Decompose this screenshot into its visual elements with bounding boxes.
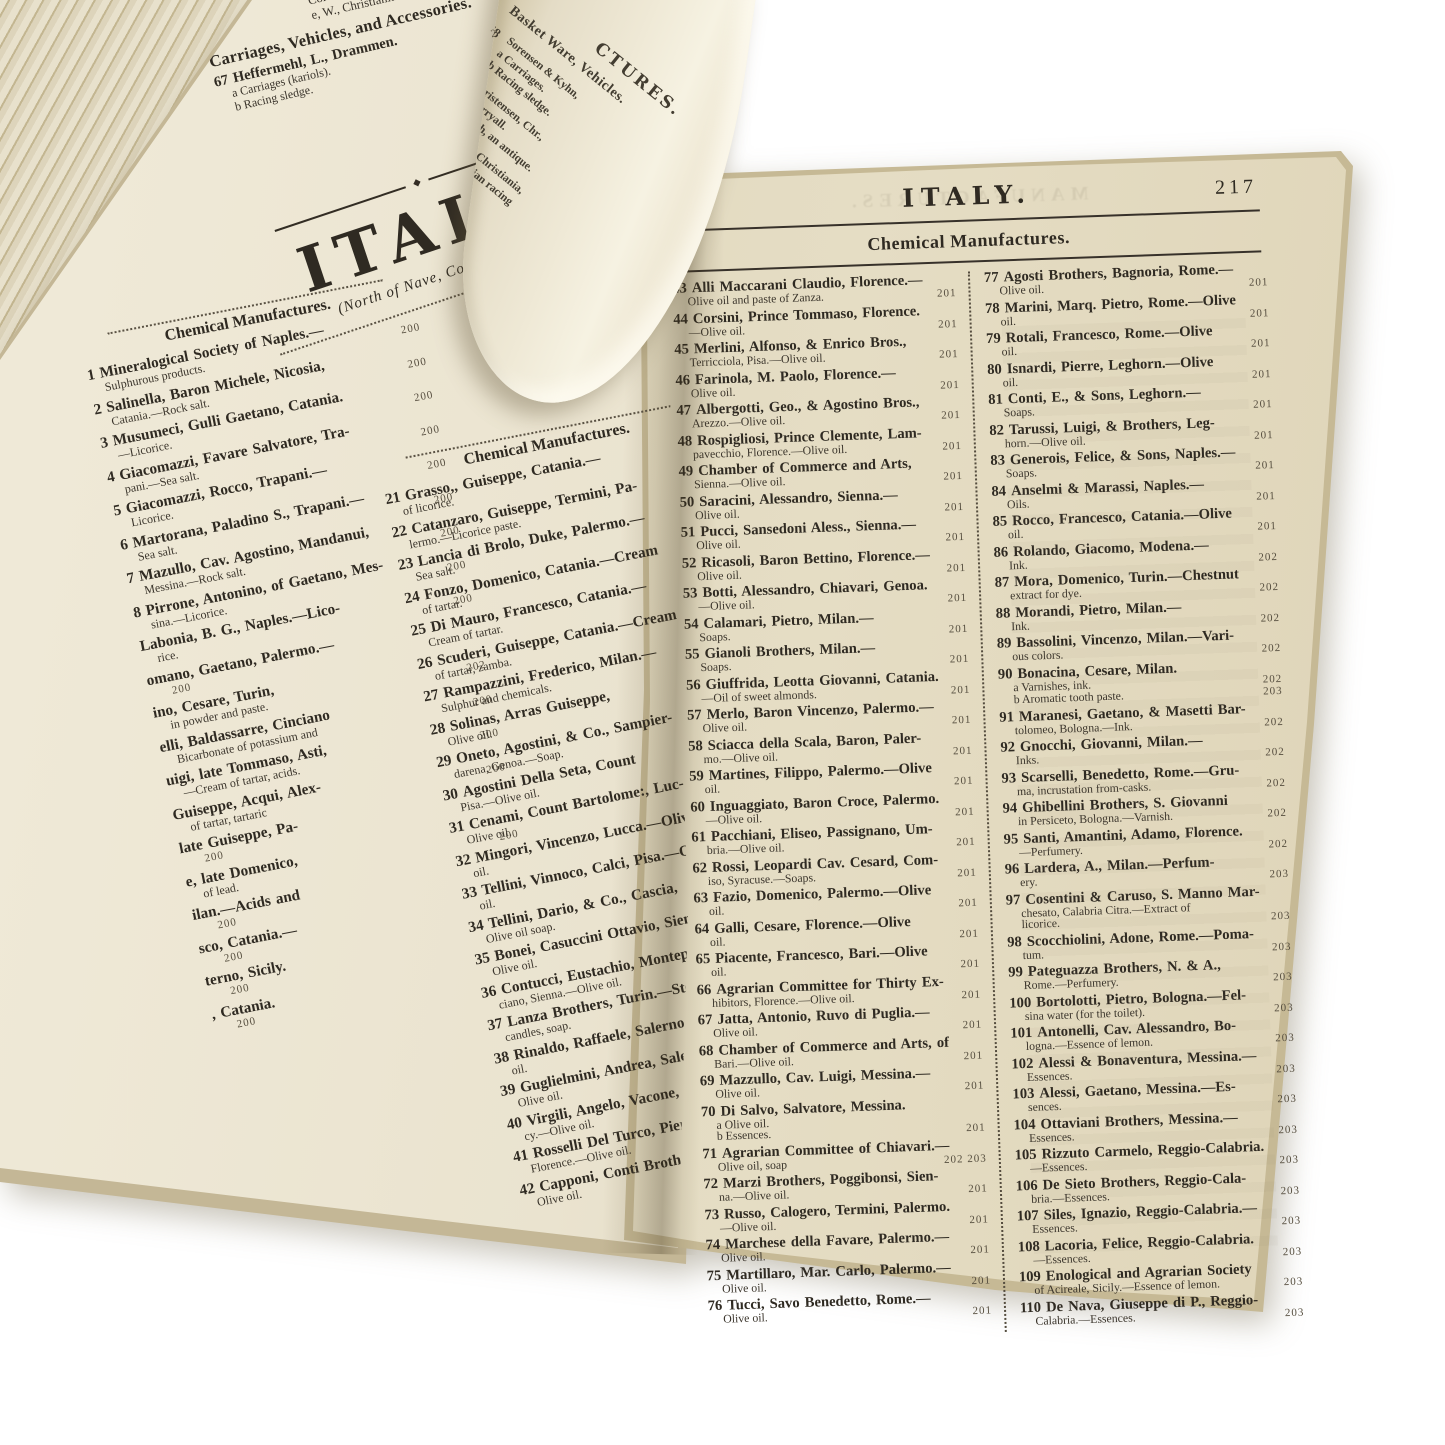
entry-number: 73 (704, 1206, 719, 1222)
entry-number: 41 (512, 1146, 530, 1166)
entry-number: 70 (701, 1103, 716, 1119)
entry-number: 5 (112, 501, 123, 519)
entry-number: 93 (1001, 770, 1016, 786)
entry-number: 21 (384, 489, 402, 509)
entry-page-ref: 202 (1261, 643, 1281, 655)
entry-number: 62 (692, 860, 707, 876)
entry-number: 99 (1008, 964, 1023, 980)
entry-page-ref: 201 (968, 1183, 988, 1195)
entry-page-ref: 200 (223, 949, 245, 965)
entry-number: 27 (422, 686, 440, 706)
entry-number: 56 (686, 677, 701, 693)
entry-page-ref: 200 (406, 355, 428, 371)
entry-number: 53 (683, 585, 698, 601)
entry-number: 65 (695, 951, 710, 967)
entry-page-ref: 201 (948, 593, 968, 605)
entry-page-ref: 201 (940, 379, 960, 391)
entry-number: 36 (480, 982, 498, 1002)
entry-number: 49 (678, 463, 693, 479)
entry-page-ref: 201 (951, 684, 971, 696)
entry-number: 92 (1000, 739, 1015, 755)
entry-page-ref: 201 (1254, 430, 1274, 442)
entry-page-ref: 200 (229, 982, 251, 998)
entry-page-ref: 201 (1250, 308, 1270, 320)
entry-page-ref: 201 (1257, 521, 1277, 533)
entry-page-ref: 201 (1253, 399, 1273, 411)
entry-number: 96 (1004, 861, 1019, 877)
entry-detail: horn.—Olive oil. (1005, 435, 1086, 449)
entry-page-ref: 201 (945, 532, 965, 544)
entry-number: 90 (998, 666, 1013, 682)
entry-number: 29 (435, 752, 453, 772)
entry-number: 22 (390, 521, 408, 541)
entry-detail: Ink. (1009, 559, 1028, 571)
entry-number: 69 (700, 1073, 715, 1089)
entry-number: 64 (694, 921, 709, 937)
entry-page-ref: 203 (1279, 1155, 1299, 1167)
entry-page-ref: 201 (938, 318, 958, 330)
entry-detail: oil. (705, 784, 721, 796)
entry-page-ref: 201 (942, 440, 962, 452)
entry-page-ref: 201 (954, 776, 974, 788)
entry-page-ref: 203 (1263, 686, 1283, 698)
entry-page-ref: 203 (1272, 941, 1292, 953)
entry-page-ref: 202 (1259, 582, 1279, 594)
entry-detail: oil. (1001, 346, 1017, 358)
entry-page-ref: 202 (1264, 716, 1284, 728)
entry-detail: Olive oil and paste of Zanza. (687, 292, 824, 308)
entry-detail: oil. (1000, 315, 1016, 327)
entry-page-ref: 202 (1258, 551, 1278, 563)
entry-detail: Olive oil. (721, 1251, 766, 1264)
entry-number: 67 (697, 1012, 712, 1028)
entry-detail: b Essences. (717, 1129, 772, 1142)
entry-page-ref: 201 (961, 989, 981, 1001)
entry-detail: tolomeo, Bologna.—Ink. (1015, 721, 1133, 737)
entry-page-ref: 202 (1268, 838, 1288, 850)
entry-detail: mo.—Olive oil. (703, 751, 778, 765)
entry-page-ref: 201 (969, 1214, 989, 1226)
entry-page-ref: 200 (216, 916, 238, 932)
entry-detail: Soaps. (699, 631, 731, 644)
entry-detail: Soaps. (700, 661, 732, 674)
entry-detail: tum. (1022, 949, 1044, 961)
right-page-column-2: 77Agosti Brothers, Bagnoria, Rome.— Oliv… (970, 261, 1305, 1332)
entry-page-ref: 201 (965, 1081, 985, 1093)
entry-number: 83 (990, 452, 1005, 468)
entry-number: 76 (707, 1298, 722, 1314)
entry-detail: ery. (1020, 877, 1038, 889)
entry-page-ref: 200 (400, 321, 422, 337)
entry-detail: Olive oil. (697, 569, 742, 582)
entry-page-ref: 203 (1278, 1124, 1298, 1136)
entry-number: 23 (397, 554, 415, 574)
entry-detail: —Essences. (1030, 1161, 1088, 1174)
entry-number: 89 (997, 635, 1012, 651)
entry-number: 4 (105, 468, 116, 486)
entry-detail: Olive oil. (722, 1282, 767, 1295)
entry-number: 55 (685, 646, 700, 662)
entry-page-ref: 201 (971, 1275, 991, 1287)
entry-number: 63 (693, 890, 708, 906)
book-photo: ware.Cordage.287e, W., Christiania.—Bask… (0, 0, 1445, 1445)
entry-detail: Arezzo.—Olive oil. (692, 415, 786, 430)
entry-detail: Essences. (1029, 1131, 1075, 1144)
entry-page-ref: 203 (1271, 911, 1291, 923)
entry-page-ref: 201 (963, 1050, 983, 1062)
entry-page-ref: 201 (944, 501, 964, 513)
entry-number: 50 (679, 494, 694, 510)
entry-page-ref: 200 (413, 389, 435, 405)
entry-page-ref: 200 (420, 423, 442, 439)
entry-page-ref: 202 (1265, 747, 1285, 759)
entry-page-ref: 203 (1284, 1277, 1304, 1289)
entry-detail: extract for dye. (1010, 588, 1082, 602)
entry-detail: licorice. (1021, 918, 1060, 931)
entry-page-ref: 201 (966, 1123, 986, 1135)
entry-detail: Calabria.—Essences. (1035, 1312, 1136, 1327)
entry-detail: ma, incrustation from-casks. (1017, 781, 1152, 797)
directory-entry: 110De Nava, Giuseppe di P., Reggio- Cala… (1020, 1291, 1305, 1328)
entry-number: 7 (125, 569, 136, 587)
entry-page-ref: 200 (204, 849, 226, 865)
entry-number: 58 (688, 738, 703, 754)
entry-number: 72 (703, 1176, 718, 1192)
entry-detail: iso, Syracuse.—Soaps. (708, 872, 816, 887)
entry-detail: bria.—Olive oil. (707, 842, 785, 856)
entry-page-ref: 203 (1275, 1033, 1295, 1045)
entry-detail: —Essences. (1033, 1252, 1091, 1265)
entry-page-ref: 201 (939, 349, 959, 361)
entry-page-ref: 201 (956, 837, 976, 849)
entry-detail: Essences. (1027, 1070, 1073, 1083)
entry-number: 26 (416, 653, 434, 673)
page-number: 217 (1215, 175, 1258, 199)
entry-page-ref: 203 (1269, 869, 1289, 881)
entry-page-ref: 201 (952, 715, 972, 727)
entry-detail: oil. (478, 897, 496, 912)
entry-number: 35 (473, 949, 491, 969)
entry-detail: Ink. (1011, 620, 1030, 632)
entry-page-ref: 201 (1256, 490, 1276, 502)
entry-page-ref: 201 (970, 1244, 990, 1256)
entry-number: 44 (673, 311, 688, 327)
entry-number: 82 (989, 422, 1004, 438)
entry-page-ref: 203 (1273, 972, 1293, 984)
entry-page-ref: 201 (1255, 460, 1275, 472)
entry-number: 45 (674, 341, 689, 357)
entry-number: 61 (691, 829, 706, 845)
entry-number: 78 (985, 300, 1000, 316)
entry-page-ref: 203 (1277, 1094, 1297, 1106)
entry-detail: sina water (for the toilet). (1025, 1006, 1146, 1022)
entry-page-ref: 203 (1283, 1246, 1303, 1258)
entry-page-ref: 200 (236, 1015, 258, 1031)
entry-number: 8 (132, 603, 143, 621)
entry-number: 31 (448, 817, 466, 837)
entry-number: 34 (467, 916, 485, 936)
entry-page-ref: 201 (955, 806, 975, 818)
entry-page-ref: 201 (950, 654, 970, 666)
entry-number: 95 (1003, 831, 1018, 847)
entry-number: 52 (682, 555, 697, 571)
entry-detail: Inks. (1016, 754, 1040, 766)
right-page-columns: 43Alli Maccarani Claudio, Florence.— Oli… (672, 261, 1305, 1342)
right-page-column-1: 43Alli Maccarani Claudio, Florence.— Oli… (672, 272, 1007, 1343)
entry-page-ref: 202 203 (944, 1153, 987, 1166)
entry-number: 71 (702, 1145, 717, 1161)
entry-detail: oil. (472, 864, 490, 879)
entry-detail: Rome.—Perfumery. (1024, 977, 1119, 992)
entry-detail: Olive oil. (691, 386, 736, 399)
entry-page-ref: 201 (1251, 338, 1271, 350)
entry-page-ref: 203 (1274, 1002, 1294, 1014)
directory-entry: 76Tucci, Savo Benedetto, Rome.— Olive oi… (708, 1289, 993, 1326)
entry-page-ref: 201 (949, 623, 969, 635)
entry-page-ref: 201 (1252, 369, 1272, 381)
entry-detail: Bari.—Olive oil. (714, 1056, 794, 1070)
entry-detail: oil. (1008, 529, 1024, 541)
entry-page-ref: 201 (972, 1305, 992, 1317)
entry-number: 68 (699, 1042, 714, 1058)
entry-page-ref: 203 (1280, 1185, 1300, 1197)
entry-number: 84 (991, 483, 1006, 499)
entry-detail: na.—Olive oil. (719, 1189, 790, 1203)
entry-number: 97 (1005, 892, 1020, 908)
entry-detail: —Olive oil. (720, 1220, 777, 1233)
entry-page-ref: 202 (1266, 777, 1286, 789)
entry-detail: Soaps. (1006, 467, 1038, 480)
entry-number: 94 (1002, 800, 1017, 816)
entry-detail: Olive oil, soap (718, 1159, 787, 1173)
entry-number: 66 (696, 981, 711, 997)
entry-number: 59 (689, 768, 704, 784)
entry-page-ref: 202 (1260, 612, 1280, 624)
entry-number: 38 (492, 1048, 510, 1068)
entry-detail: bria.—Essences. (1031, 1191, 1110, 1205)
entry-number: 28 (428, 719, 446, 739)
entry-detail: Terricciola, Pisa.—Olive oil. (690, 353, 826, 369)
entry-page-ref: 201 (957, 867, 977, 879)
entry-number: 54 (684, 616, 699, 632)
entry-detail: oil. (710, 936, 726, 948)
entry-page-ref: 202 (1263, 673, 1283, 685)
entry-detail: Sienna.—Olive oil. (694, 476, 786, 491)
entry-page-ref: 200 (171, 681, 193, 697)
entry-number: 3 (99, 434, 110, 452)
entry-number: 87 (994, 574, 1009, 590)
entry-detail: —Perfumery. (1019, 844, 1083, 858)
page-title: ITALY. (902, 179, 1033, 213)
entry-page-ref: 201 (946, 562, 966, 574)
entry-number: 60 (690, 799, 705, 815)
entry-number: 85 (992, 513, 1007, 529)
diamond-icon: ◆ (412, 176, 423, 189)
entry-detail: Olive oil. (713, 1026, 758, 1039)
entry-detail: oil. (709, 905, 725, 917)
entry-number: 47 (676, 402, 691, 418)
entry-number: 51 (680, 524, 695, 540)
entry-number: 6 (119, 535, 130, 553)
entry-number: 67 (212, 72, 230, 91)
entry-number: 79 (986, 330, 1001, 346)
entry-page-ref: 201 (959, 928, 979, 940)
directory-entry: 90Bonacina, Cesare, Milan. a Varnishes, … (998, 657, 1283, 707)
entry-detail: sences. (1028, 1101, 1062, 1114)
entry-number: 86 (993, 544, 1008, 560)
right-page: MANUFACTURES. ITALY. 217 Chemical Manufa… (668, 147, 1305, 1342)
entry-detail: ous colors. (1012, 650, 1063, 663)
entry-page-ref: 201 (943, 471, 963, 483)
entry-page-ref: 201 (962, 1020, 982, 1032)
entry-number: 33 (460, 883, 478, 903)
entry-detail: Olive oil. (715, 1087, 760, 1100)
entry-number: 91 (999, 709, 1014, 725)
entry-detail: —Oil of sweet almonds. (701, 689, 817, 705)
entry-detail: Soaps. (1004, 406, 1036, 419)
entry-number: 80 (987, 361, 1002, 377)
entry-page-ref: 201 (953, 745, 973, 757)
entry-page-ref: 201 (960, 959, 980, 971)
entry-number: 81 (988, 391, 1003, 407)
entry-page-ref: 203 (1281, 1216, 1301, 1228)
entry-number: 25 (409, 620, 427, 640)
entry-detail: hibitors, Florence.—Olive oil. (712, 992, 855, 1008)
entry-number: 88 (995, 605, 1010, 621)
entry-number: 75 (706, 1267, 721, 1283)
entry-number: 74 (705, 1237, 720, 1253)
entry-detail: oil. (711, 966, 727, 978)
entry-detail: Olive oil. (696, 539, 741, 552)
entry-page-ref: 201 (937, 288, 957, 300)
entry-number: 24 (403, 587, 421, 607)
entry-number: 37 (486, 1015, 504, 1035)
entry-number: 30 (441, 785, 459, 805)
entry-page-ref: 201 (941, 410, 961, 422)
entry-number: 98 (1007, 934, 1022, 950)
entry-detail: b Aromatic tooth paste. (1014, 690, 1124, 705)
entry-page-ref: 202 (1267, 808, 1287, 820)
entry-detail: —Olive oil. (706, 813, 763, 826)
entry-detail: —Olive oil. (689, 325, 746, 338)
entry-detail: Olive oil. (723, 1312, 768, 1325)
entry-number: 39 (499, 1080, 517, 1100)
entry-number: 77 (984, 270, 999, 286)
entry-number: 42 (518, 1179, 536, 1199)
entry-detail: oil. (1002, 376, 1018, 388)
entry-detail: Olive oil. (702, 722, 747, 735)
entry-number: 57 (687, 707, 702, 723)
entry-number: 48 (677, 433, 692, 449)
entry-detail: Oils. (1007, 498, 1030, 510)
entry-detail: Olive oil. (999, 284, 1044, 297)
entry-detail: oil. (510, 1061, 528, 1076)
entry-number: 32 (454, 850, 472, 870)
entry-detail: rice. (156, 648, 179, 664)
entry-detail: —Olive oil. (698, 599, 755, 612)
entry-page-ref: 201 (958, 898, 978, 910)
entry-detail: Olive oil. (695, 508, 740, 521)
entry-number: 2 (92, 400, 103, 418)
entry-number: 1 (86, 366, 97, 384)
entry-page-ref: 201 (1249, 277, 1269, 289)
entry-number: 40 (505, 1113, 523, 1133)
entry-detail: logna.—Essence of lemon. (1026, 1037, 1153, 1053)
entry-page-ref: 203 (1285, 1307, 1305, 1319)
entry-page-ref: 203 (1276, 1063, 1296, 1075)
entry-number: 46 (675, 372, 690, 388)
entry-detail: Essences. (1032, 1222, 1078, 1235)
